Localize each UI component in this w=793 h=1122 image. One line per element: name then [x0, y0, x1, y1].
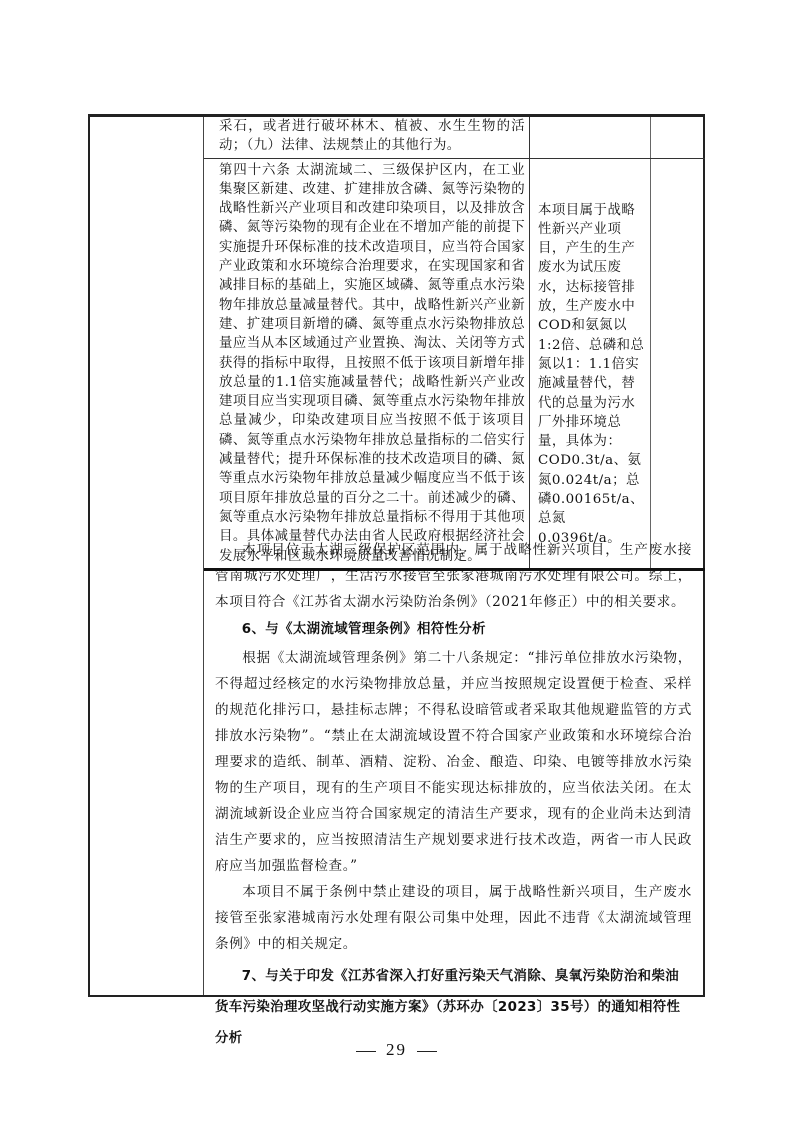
page-number-value: 29 [386, 1040, 407, 1059]
conclusion-cell [650, 159, 705, 568]
document-page: 采石，或者进行破坏林木、植被、水生生物的活动；（九）法律、法规禁止的其他行为。 … [0, 0, 793, 1122]
compliance-table-frame: 采石，或者进行破坏林木、植被、水生生物的活动；（九）法律、法规禁止的其他行为。 … [88, 114, 705, 997]
project-status-cell [529, 117, 650, 158]
table-row: 采石，或者进行破坏林木、植被、水生生物的活动；（九）法律、法规禁止的其他行为。 [204, 117, 705, 159]
requirement-cell: 采石，或者进行破坏林木、植被、水生生物的活动；（九）法律、法规禁止的其他行为。 [204, 117, 529, 158]
table-row: 第四十六条 太湖流域二、三级保护区内，在工业集聚区新建、改建、扩建排放含磷、氮等… [204, 159, 705, 571]
section-heading-6: 6、与《太湖流域管理条例》相符性分析 [215, 615, 692, 645]
dash-left [356, 1051, 376, 1052]
project-status-cell: 本项目属于战略性新兴产业项目，产生的生产废水为试压废水，达标接管排放，生产废水中… [529, 159, 650, 568]
summary-paragraph: 本项目位于太湖三级保护区范围内，属于战略性新兴项目，生产废水接管南城污水处理厂，… [215, 537, 692, 615]
conclusion-cell [650, 117, 705, 158]
regulation-quote-paragraph: 根据《太湖流域管理条例》第二十八条规定：“排污单位排放水污染物，不得超过经核定的… [215, 645, 692, 879]
requirement-cell: 第四十六条 太湖流域二、三级保护区内，在工业集聚区新建、改建、扩建排放含磷、氮等… [204, 159, 529, 568]
regulation-comparison-table: 采石，或者进行破坏林木、植被、水生生物的活动；（九）法律、法规禁止的其他行为。 … [204, 117, 705, 571]
analysis-body: 本项目位于太湖三级保护区范围内，属于战略性新兴项目，生产废水接管南城污水处理厂，… [204, 535, 704, 1054]
conclusion-paragraph: 本项目不属于条例中禁止建设的项目，属于战略性新兴项目，生产废水接管至张家港城南污… [215, 879, 692, 957]
dash-right [417, 1051, 437, 1052]
page-number: 29 [0, 1040, 793, 1060]
category-column [90, 117, 204, 995]
